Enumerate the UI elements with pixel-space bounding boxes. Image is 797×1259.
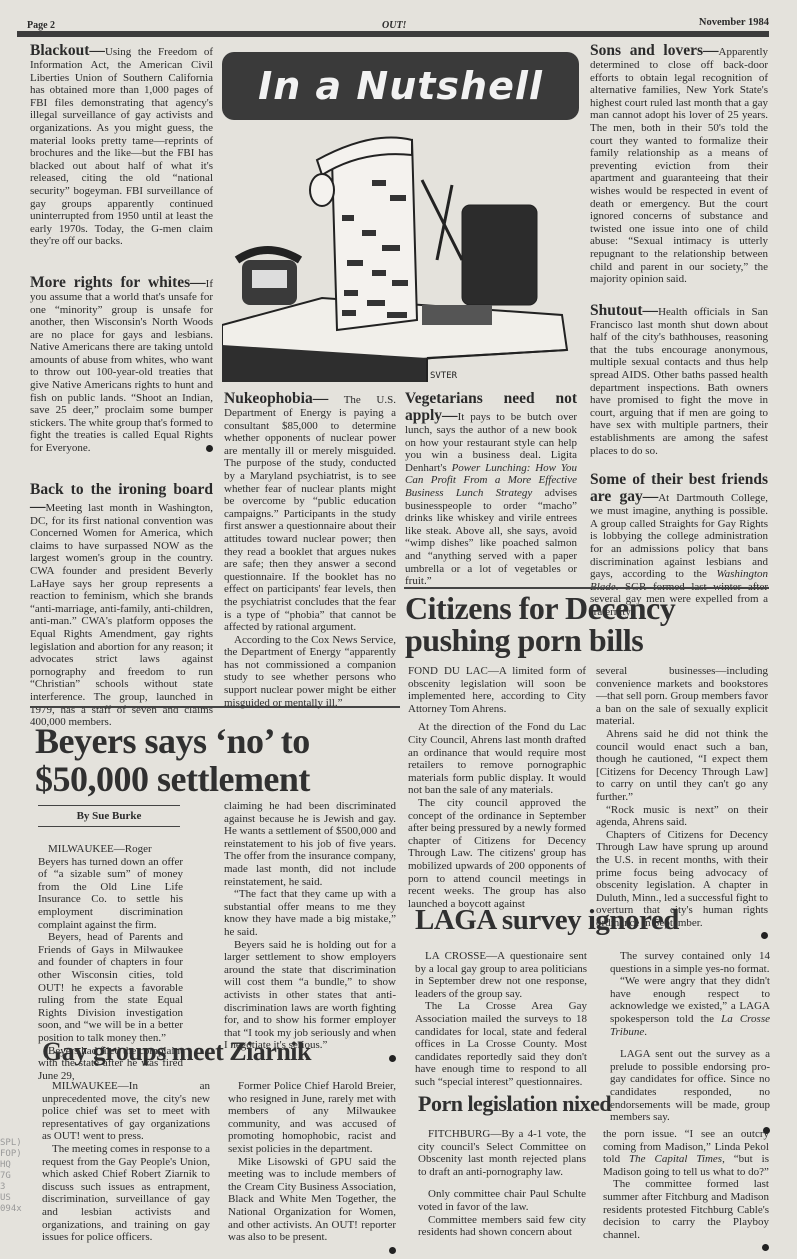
paragraph: FOND DU LAC—A limited form of obscenity … [408, 665, 586, 715]
paragraph: The committee formed last summer after F… [603, 1178, 769, 1241]
paragraph: Only committee chair Paul Schulte voted … [418, 1188, 586, 1213]
nutshell-item-sons-and-lovers: Sons and lovers—Apparently determined to… [590, 42, 768, 286]
beyers-byline: By Sue Burke [38, 805, 180, 827]
paragraph: several businesses—including convenience… [596, 665, 768, 728]
end-bullet-icon [389, 1247, 396, 1254]
note-line: 094x [0, 1204, 28, 1215]
margin-handwriting: SPL) FOP) HQ 7G 3 US 094x [0, 1138, 28, 1215]
brick-wall-cartoon-icon: SVTER [222, 120, 582, 382]
paragraph: The meeting comes in response to a reque… [42, 1143, 210, 1244]
end-bullet-icon [206, 445, 213, 452]
nutshell-item-shutout: Shutout—Health officials in San Francisc… [590, 302, 768, 458]
section-divider [30, 706, 400, 708]
paragraph: “Rock music is next” on their agenda, Ah… [596, 804, 768, 829]
paragraph: Beyers, head of Parents and Friends of G… [38, 931, 183, 1044]
paragraph: MILWAUKEE—In an unprecedented move, the … [42, 1080, 210, 1143]
note-line: HQ [0, 1160, 28, 1171]
citizens-col-2: several businesses—including convenience… [596, 665, 768, 939]
item-body: Health officials in San Francisco last m… [590, 306, 768, 457]
note-line: 3 [0, 1182, 28, 1193]
paragraph: Committee members said few city resident… [418, 1214, 586, 1239]
item-lead: Nukeophobia— [224, 390, 328, 407]
issue-date: November 1984 [699, 17, 769, 28]
nutshell-item-nukeophobia: Nukeophobia— The U.S. Department of Ener… [224, 390, 396, 709]
paragraph: LA CROSSE—A questionaire sent by a local… [415, 950, 587, 1000]
paragraph: The La Crosse Area Gay Association maile… [415, 1000, 587, 1088]
nutshell-item-more-rights: More rights for whites—If you assume tha… [30, 274, 213, 455]
item-body-continued: According to the Cox News Service, the D… [224, 634, 396, 710]
paragraph: Beyers said he is holding out for a larg… [224, 939, 396, 1052]
item-lead: Blackout— [30, 42, 105, 59]
ziarnik-col-2: Former Police Chief Harold Breier, who r… [228, 1080, 396, 1254]
note-line: FOP) [0, 1149, 28, 1160]
nutshell-item-vegetarians: Vegetarians need not apply—It pays to be… [405, 390, 577, 588]
nutshell-item-blackout: Blackout—Using the Freedom of Informatio… [30, 42, 213, 248]
citizens-headline: Citizens for Decency pushing porn bills [405, 592, 775, 656]
ziarnik-col-1: MILWAUKEE—In an unprecedented move, the … [42, 1080, 210, 1244]
nutshell-left-column: Blackout—Using the Freedom of Informatio… [30, 42, 213, 743]
item-body: Using the Freedom of Information Act, th… [30, 46, 213, 247]
item-body: Meeting last month in Washington, DC, fo… [30, 502, 213, 729]
fitchburg-headline: Porn legislation nixed [418, 1092, 778, 1116]
paragraph: Ahrens said he did not think the council… [596, 728, 768, 804]
item-lead: Sons and lovers— [590, 42, 719, 59]
item-body: If you assume that a world that's unsafe… [30, 278, 213, 454]
paragraph: The survey contained only 14 questions i… [610, 950, 770, 975]
paragraph: The city council approved the concept of… [408, 797, 586, 910]
beyers-headline: Beyers says ‘no’ to $50,000 settlement [35, 722, 400, 798]
nutshell-right-column: Sons and lovers—Apparently determined to… [590, 42, 768, 633]
paragraph: Former Police Chief Harold Breier, who r… [228, 1080, 396, 1156]
publication-title: OUT! [382, 20, 406, 31]
byline: By Sue Burke [38, 805, 180, 827]
paragraph: “The fact that they came up with a subst… [224, 888, 396, 938]
paragraph: FITCHBURG—By a 4-1 vote, the city counci… [418, 1128, 586, 1178]
laga-col-1: LA CROSSE—A questionaire sent by a local… [415, 950, 587, 1089]
cartoon-illustration: SVTER [222, 120, 582, 382]
item-lead: More rights for whites— [30, 274, 206, 291]
masthead-rule [17, 31, 769, 37]
paragraph: At the direction of the Fond du Lac City… [408, 721, 586, 797]
item-body: At Dartmouth College, we must imagine, a… [590, 492, 768, 580]
paragraph: Mike Lisowski of GPU said the meeting wa… [228, 1156, 396, 1244]
citizens-col-1: FOND DU LAC—A limited form of obscenity … [408, 665, 586, 910]
source-title: The Capital Times [629, 1153, 722, 1165]
end-bullet-icon [762, 1244, 769, 1251]
laga-headline: LAGA survey ignored [415, 905, 785, 935]
nutshell-item-ironing-board: Back to the ironing board—Meeting last m… [30, 481, 213, 729]
page-number: Page 2 [27, 20, 55, 31]
note-line: 7G [0, 1171, 28, 1182]
paragraph: claiming he had been discriminated again… [224, 800, 396, 888]
fitchburg-col-2: the porn issue. “I see an outcry coming … [603, 1128, 769, 1251]
svg-text:SVTER: SVTER [430, 371, 458, 381]
fitchburg-col-1: FITCHBURG—By a 4-1 vote, the city counci… [418, 1128, 586, 1239]
item-body: Apparently determined to close off back-… [590, 46, 768, 285]
note-line: US [0, 1193, 28, 1204]
ziarnik-headline: Gay groups meet Ziarnik [42, 1038, 392, 1066]
paragraph: MILWAUKEE—Roger Beyers has turned down a… [38, 843, 183, 931]
item-body: The U.S. Department of Energy is paying … [224, 394, 396, 633]
section-divider [404, 587, 769, 589]
nutshell-banner: In a Nutshell [222, 52, 579, 120]
beyers-col-2: claiming he had been discriminated again… [224, 800, 396, 1062]
item-body-continued: advises businesspeople to order “macho” … [405, 487, 577, 587]
note-line: SPL) [0, 1138, 28, 1149]
item-lead: Shutout— [590, 302, 658, 319]
